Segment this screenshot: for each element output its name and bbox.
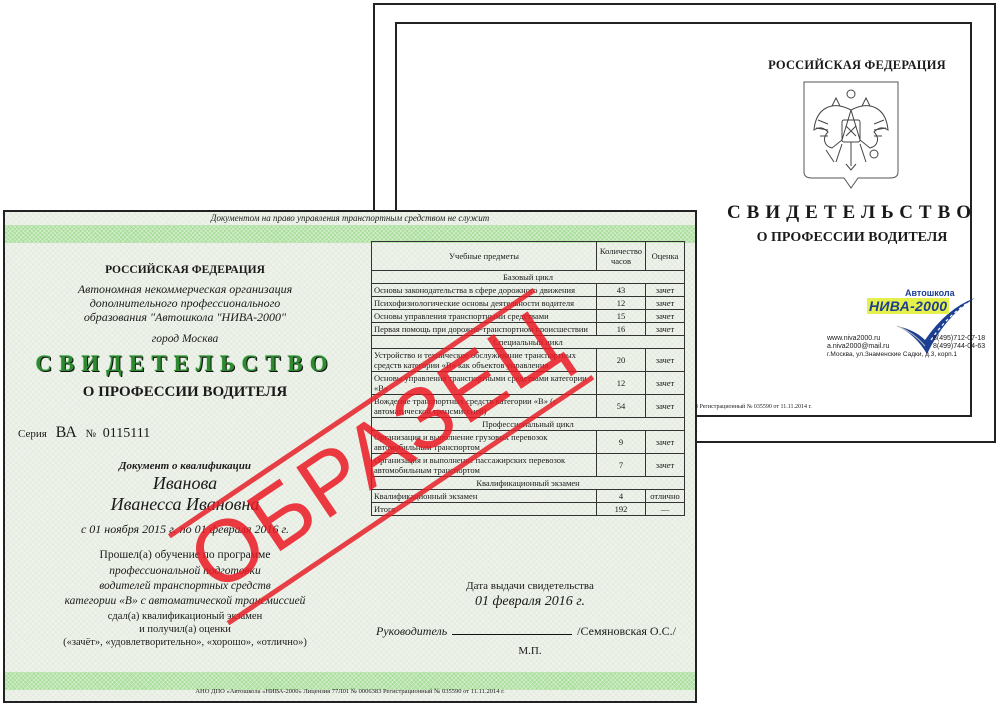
cell-subject: Вождение транспортных средств категории … — [372, 395, 597, 418]
cover-registration: 0006383 Регистрационный № 035590 от 11.1… — [677, 404, 812, 410]
subjects-table: Учебные предметы Количество часов Оценка… — [371, 241, 685, 516]
cell-subject: Основы управления транспортными средства… — [372, 310, 597, 323]
logo-phone-1: 8(495)712-07-18 — [933, 335, 985, 342]
cell-hours: 7 — [597, 454, 646, 477]
cycle-label: Базовый цикл — [372, 271, 685, 284]
program-intro: Прошел(а) обучение по программе — [5, 549, 365, 561]
head-signature: Руководитель /Семяновская О.С./ — [376, 624, 676, 639]
cell-hours: 54 — [597, 395, 646, 418]
logo-school: Автошкола — [905, 288, 955, 298]
program-line: категории «В» с автоматической трансмисс… — [5, 594, 365, 609]
cycle-label: Квалификационный экзамен — [372, 477, 685, 490]
number-label: № — [86, 428, 97, 440]
series-label: Серия — [18, 428, 47, 440]
holder-name: Иванесса Ивановна — [5, 494, 365, 515]
organization-line: образования "Автошкола "НИВА-2000" — [5, 310, 365, 324]
organization-line: дополнительного профессионального — [5, 296, 365, 310]
cell-subject: Основы законодательства в сфере дорожног… — [372, 284, 597, 297]
cell-grade: зачет — [646, 431, 685, 454]
logo-brand: НИВА-2000 — [867, 298, 949, 314]
cell-hours: 9 — [597, 431, 646, 454]
doc-qualification-label: Документ о квалификации — [5, 460, 365, 472]
table-cycle-row: Базовый цикл — [372, 271, 685, 284]
logo-address: г.Москва, ул.Знаменские Садки, д.3, корп… — [827, 351, 957, 358]
table-row: Первая помощь при дорожно-транспортном п… — [372, 323, 685, 336]
table-row: Итого192— — [372, 503, 685, 516]
cell-grade: зачет — [646, 454, 685, 477]
cell-subject: Итого — [372, 503, 597, 516]
cell-subject: Психофизиологические основы деятельности… — [372, 297, 597, 310]
program-line: водителей транспортных средств — [5, 579, 365, 594]
header-subject: Учебные предметы — [372, 242, 597, 271]
program-name: профессиональной подготовки водителей тр… — [5, 564, 365, 609]
table-row: Основы управления транспортными средства… — [372, 310, 685, 323]
coat-of-arms-icon — [802, 80, 900, 190]
table-row: Квалификационный экзамен4отлично — [372, 490, 685, 503]
logo-website: www.niva2000.ru — [827, 335, 880, 342]
cell-subject: Устройство и техническое обслуживание тр… — [372, 349, 597, 372]
certificate-front: Документом на право управления транспорт… — [3, 210, 697, 703]
cell-subject: Квалификационный экзамен — [372, 490, 597, 503]
table-body: Базовый циклОсновы законодательства в сф… — [372, 271, 685, 516]
cell-grade: зачет — [646, 372, 685, 395]
cell-hours: 192 — [597, 503, 646, 516]
head-name: /Семяновская О.С./ — [577, 624, 676, 638]
signature-line — [452, 634, 572, 635]
cell-subject: Основы управления транспортными средства… — [372, 372, 597, 395]
cell-subject: Первая помощь при дорожно-транспортном п… — [372, 323, 597, 336]
header-grade: Оценка — [646, 242, 685, 271]
exam-line: («зачёт», «удовлетворительно», «хорошо»,… — [5, 636, 365, 649]
footer-license: АНО ДПО «Автошкола «НИВА-2000» Лицензия … — [5, 688, 695, 695]
table-row: Основы законодательства в сфере дорожног… — [372, 284, 685, 297]
program-line: профессиональной подготовки — [5, 564, 365, 579]
issue-date: 01 февраля 2016 г. — [385, 594, 675, 610]
cover-subtitle: О ПРОФЕССИИ ВОДИТЕЛЯ — [727, 230, 977, 246]
series-number: Серия ВА № 0115111 — [18, 424, 150, 442]
cell-hours: 16 — [597, 323, 646, 336]
series-value: ВА — [56, 424, 77, 441]
organization-name: Автономная некоммерческая организация до… — [5, 282, 365, 324]
cell-subject: Организация и выполнение пассажирских пе… — [372, 454, 597, 477]
table-header-row: Учебные предметы Количество часов Оценка — [372, 242, 685, 271]
cell-hours: 43 — [597, 284, 646, 297]
cycle-label: Специальный цикл — [372, 336, 685, 349]
cell-hours: 12 — [597, 372, 646, 395]
certificate-title: СВИДЕТЕЛЬСТВО — [5, 351, 365, 377]
number-value: 0115111 — [103, 426, 150, 441]
table-cycle-row: Специальный цикл — [372, 336, 685, 349]
logo-email: a.niva2000@mail.ru — [827, 343, 889, 350]
table-row: Организация и выполнение грузовых перево… — [372, 431, 685, 454]
driving-school-logo: Автошкола НИВА-2000 www.niva2000.ru a.ni… — [827, 286, 1000, 371]
head-label: Руководитель — [376, 624, 447, 638]
training-period: с 01 ноября 2015 г. по 01 февраля 2016 г… — [5, 522, 365, 537]
logo-phone-2: 8(499)744-04-63 — [933, 343, 985, 350]
certificate-subtitle: О ПРОФЕССИИ ВОДИТЕЛЯ — [5, 384, 365, 401]
cell-subject: Организация и выполнение грузовых перево… — [372, 431, 597, 454]
cycle-label: Профессиональный цикл — [372, 418, 685, 431]
table-row: Основы управления транспортными средства… — [372, 372, 685, 395]
holder-surname: Иванова — [5, 473, 365, 494]
table-cycle-row: Профессиональный цикл — [372, 418, 685, 431]
exam-text: сдал(а) квалификационый экзамен и получи… — [5, 610, 365, 649]
cell-grade: зачет — [646, 323, 685, 336]
cell-hours: 15 — [597, 310, 646, 323]
cell-grade: — — [646, 503, 685, 516]
cell-hours: 12 — [597, 297, 646, 310]
cell-grade: зачет — [646, 349, 685, 372]
exam-line: сдал(а) квалификационый экзамен — [5, 610, 365, 623]
table-cycle-row: Квалификационный экзамен — [372, 477, 685, 490]
organization-line: Автономная некоммерческая организация — [5, 282, 365, 296]
front-country: РОССИЙСКАЯ ФЕДЕРАЦИЯ — [5, 264, 365, 276]
table-row: Вождение транспортных средств категории … — [372, 395, 685, 418]
cell-grade: зачет — [646, 395, 685, 418]
cell-grade: зачет — [646, 310, 685, 323]
cover-country: РОССИЙСКАЯ ФЕДЕРАЦИЯ — [757, 58, 957, 73]
cell-grade: зачет — [646, 284, 685, 297]
city: город Москва — [5, 333, 365, 345]
issue-date-label: Дата выдачи свидетельства — [385, 580, 675, 592]
table-row: Психофизиологические основы деятельности… — [372, 297, 685, 310]
header-hours: Количество часов — [597, 242, 646, 271]
exam-line: и получил(а) оценки — [5, 623, 365, 636]
table-row: Устройство и техническое обслуживание тр… — [372, 349, 685, 372]
cell-hours: 20 — [597, 349, 646, 372]
cell-grade: зачет — [646, 297, 685, 310]
cell-hours: 4 — [597, 490, 646, 503]
seal-place: М.П. — [385, 645, 675, 657]
cell-grade: отлично — [646, 490, 685, 503]
table-row: Организация и выполнение пассажирских пе… — [372, 454, 685, 477]
notice-text: Документом на право управления транспорт… — [5, 213, 695, 223]
cover-title: СВИДЕТЕЛЬСТВО — [717, 202, 987, 224]
